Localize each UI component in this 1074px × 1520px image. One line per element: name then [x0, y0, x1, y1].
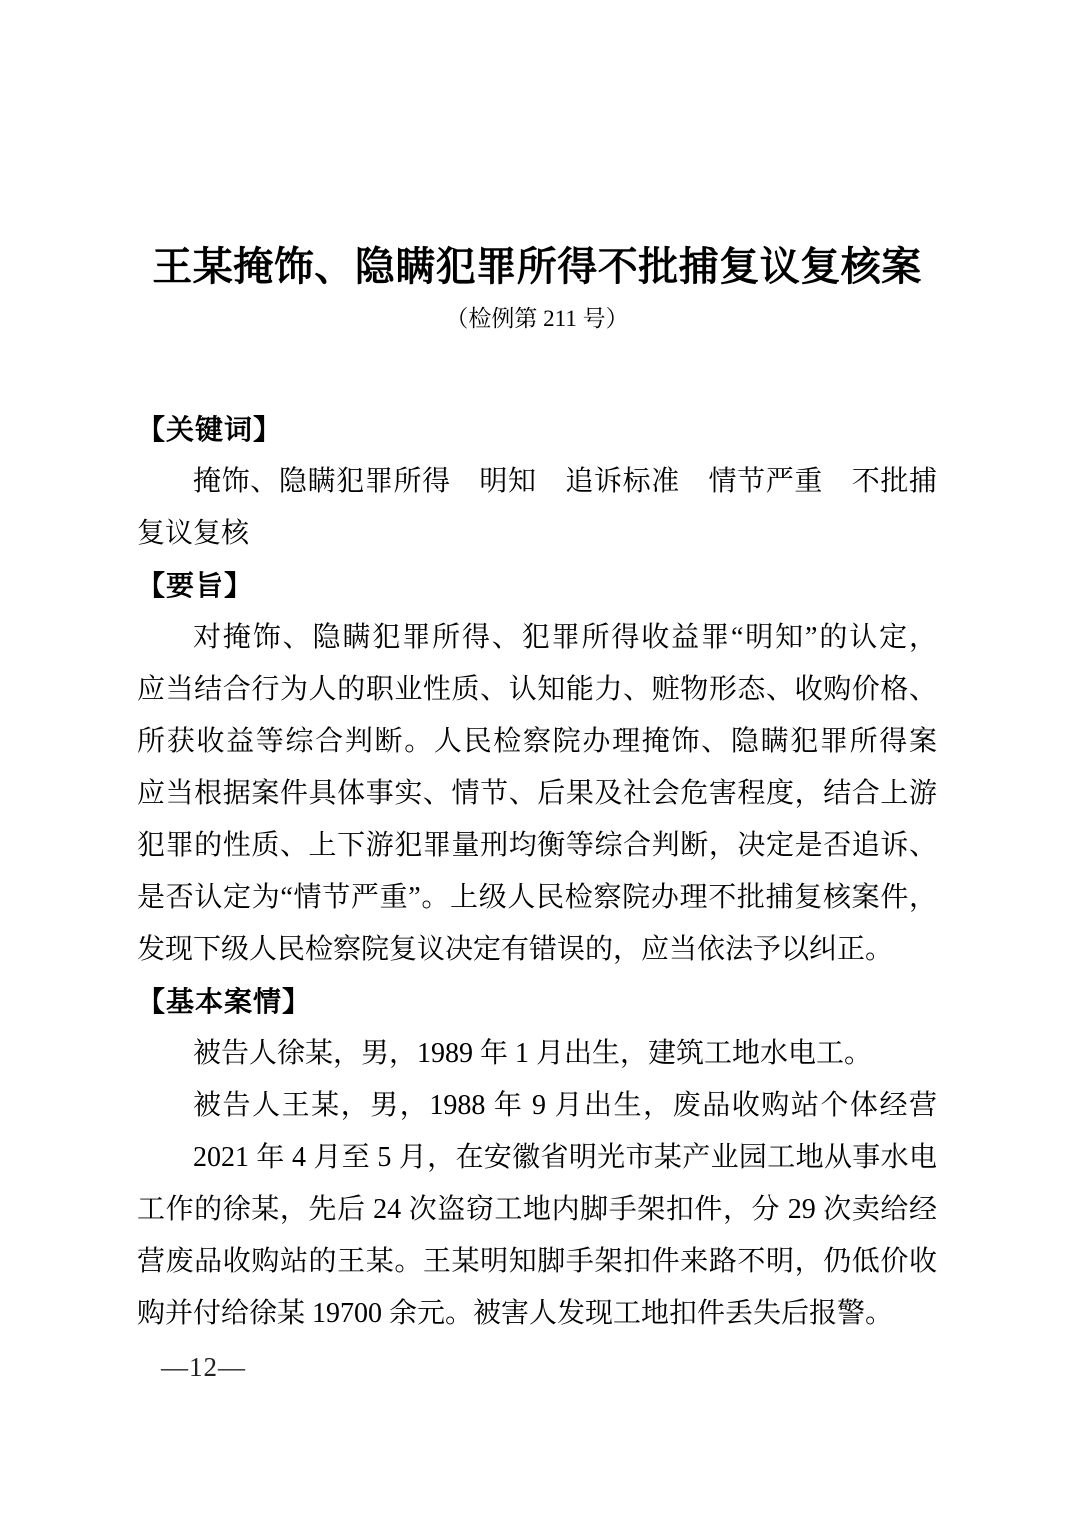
case-number: （检例第 211 号） — [0, 305, 1074, 333]
facts-line: 被告人王某，男，1988 年 9 月出生，废品收购站个体经营者。 — [137, 1080, 937, 1132]
summary-line: 所获收益等综合判断。人民检察院办理掩饰、隐瞒犯罪所得案件， — [137, 716, 937, 768]
facts-line: 购并付给徐某 19700 余元。被害人发现工地扣件丢失后报警。 — [137, 1288, 937, 1340]
keywords-line: 掩饰、隐瞒犯罪所得 明知 追诉标准 情节严重 不批捕 — [137, 456, 937, 508]
document-title: 王某掩饰、隐瞒犯罪所得不批捕复议复核案 — [0, 243, 1074, 291]
keywords-line: 复议复核 — [137, 508, 937, 560]
summary-line: 犯罪的性质、上下游犯罪量刑均衡等综合判断，决定是否追诉、 — [137, 820, 937, 872]
summary-line: 应当根据案件具体事实、情节、后果及社会危害程度，结合上游 — [137, 768, 937, 820]
summary-line: 对掩饰、隐瞒犯罪所得、犯罪所得收益罪“明知”的认定， — [137, 612, 937, 664]
facts-line: 营废品收购站的王某。王某明知脚手架扣件来路不明，仍低价收 — [137, 1236, 937, 1288]
facts-line: 工作的徐某，先后 24 次盗窃工地内脚手架扣件，分 29 次卖给经 — [137, 1184, 937, 1236]
document-page: 王某掩饰、隐瞒犯罪所得不批捕复议复核案 （检例第 211 号） 【关键词】 掩饰… — [0, 0, 1074, 1520]
facts-heading: 【基本案情】 — [137, 976, 937, 1028]
page-number: —12— — [161, 1352, 246, 1383]
summary-heading: 【要旨】 — [137, 560, 937, 612]
facts-line: 2021 年 4 月至 5 月，在安徽省明光市某产业园工地从事水电 — [137, 1132, 937, 1184]
facts-line: 被告人徐某，男，1989 年 1 月出生，建筑工地水电工。 — [137, 1028, 937, 1080]
summary-line: 是否认定为“情节严重”。上级人民检察院办理不批捕复核案件， — [137, 872, 937, 924]
document-body: 【关键词】 掩饰、隐瞒犯罪所得 明知 追诉标准 情节严重 不批捕 复议复核 【要… — [137, 404, 937, 1340]
summary-line: 应当结合行为人的职业性质、认知能力、赃物形态、收购价格、 — [137, 664, 937, 716]
summary-line: 发现下级人民检察院复议决定有错误的，应当依法予以纠正。 — [137, 924, 937, 976]
keywords-heading: 【关键词】 — [137, 404, 937, 456]
